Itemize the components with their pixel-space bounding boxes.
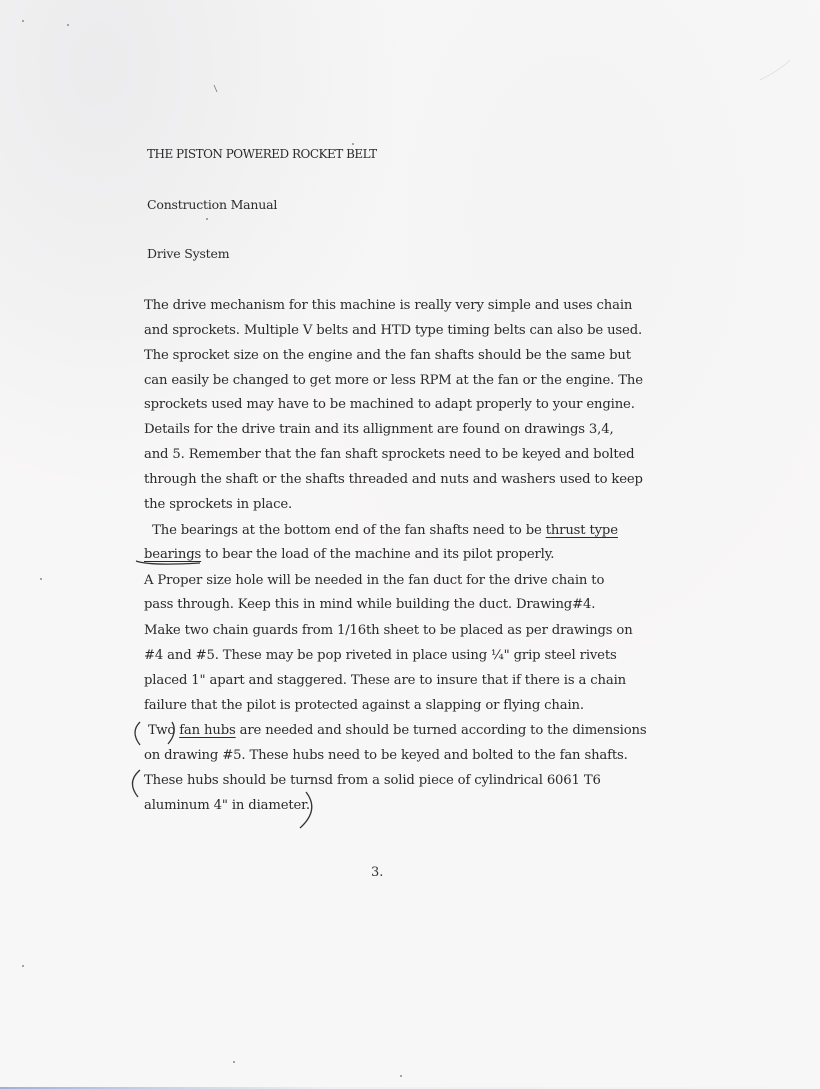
text-line: on drawing #5. These hubs need to be key… — [144, 747, 664, 765]
scan-speck — [22, 20, 24, 22]
scan-speck — [400, 1075, 402, 1077]
text-line: and 5. Remember that the fan shaft sproc… — [144, 446, 664, 464]
text-line: can easily be changed to get more or les… — [144, 372, 664, 390]
scan-speck — [206, 218, 208, 220]
underlined-text: thrust type — [546, 523, 618, 538]
page-number: 3. — [371, 865, 383, 880]
text-segment: The bearings at the bottom end of the fa… — [144, 523, 546, 538]
text-line: The drive mechanism for this machine is … — [144, 297, 664, 315]
scan-speck — [67, 24, 69, 26]
text-line: and sprockets. Multiple V belts and HTD … — [144, 322, 664, 340]
text-line: the sprockets in place. — [144, 496, 664, 514]
scan-speck — [352, 143, 354, 145]
underlined-text: bearings — [144, 547, 201, 562]
text-segment: to bear the load of the machine and its … — [201, 547, 554, 562]
text-line: sprockets used may have to be machined t… — [144, 396, 664, 414]
text-line: placed 1" apart and staggered. These are… — [144, 672, 664, 690]
text-line: These hubs should be turnsd from a solid… — [144, 772, 664, 790]
text-segment: Two — [144, 723, 179, 738]
text-line: through the shaft or the shafts threaded… — [144, 471, 664, 489]
text-line: #4 and #5. These may be pop riveted in p… — [144, 647, 664, 665]
document-subtitle: Construction Manual — [147, 197, 277, 212]
text-line: The sprocket size on the engine and the … — [144, 347, 664, 365]
scan-speck — [233, 1061, 235, 1063]
text-line: aluminum 4" in diameter. — [144, 797, 664, 815]
document-title: THE PISTON POWERED ROCKET BELT — [147, 147, 377, 161]
scan-speck — [22, 965, 24, 967]
scan-speck — [40, 578, 42, 580]
text-line: A Proper size hole will be needed in the… — [144, 572, 664, 590]
text-segment: are needed and should be turned accordin… — [236, 723, 647, 738]
underlined-text: fan hubs — [179, 723, 235, 738]
text-line: bearings to bear the load of the machine… — [144, 546, 664, 564]
text-line: pass through. Keep this in mind while bu… — [144, 596, 664, 614]
text-line: Details for the drive train and its alli… — [144, 421, 664, 439]
text-line: Make two chain guards from 1/16th sheet … — [144, 622, 664, 640]
text-line: The bearings at the bottom end of the fa… — [144, 522, 664, 540]
section-heading: Drive System — [147, 246, 229, 261]
text-line: Two fan hubs are needed and should be tu… — [144, 722, 664, 740]
scanned-page — [0, 0, 820, 1089]
text-line: failure that the pilot is protected agai… — [144, 697, 664, 715]
